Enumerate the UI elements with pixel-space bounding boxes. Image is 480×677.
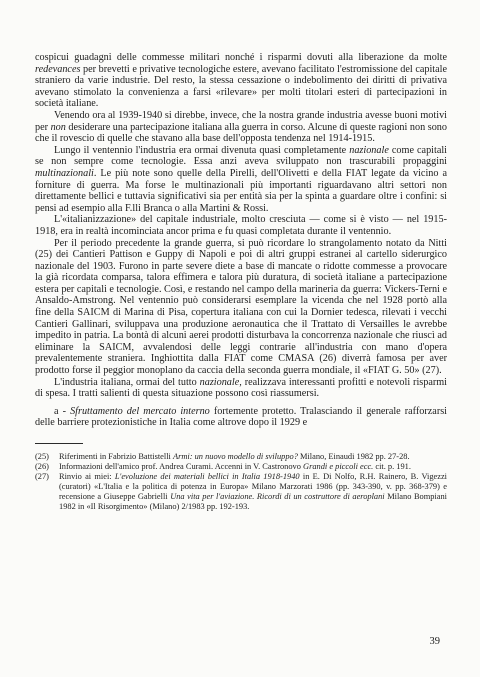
paragraph: L'industria italiana, ormai del tutto na…	[35, 377, 447, 400]
page-number: 39	[430, 636, 441, 647]
paragraph: Lungo il ventennio l'industria era ormai…	[35, 145, 447, 215]
paragraph: L'«italianizzazione» del capitale indust…	[35, 214, 447, 237]
footnote: (25)Riferimenti in Fabrizio Battistelli …	[35, 452, 447, 462]
page-body: cospicui guadagni delle commesse militar…	[35, 52, 447, 429]
footnote-label: (26)	[35, 462, 59, 472]
footnote-text: Riferimenti in Fabrizio Battistelli Armi…	[59, 452, 410, 461]
footnote: (27)Rinvio ai miei: L'evoluzione dei mat…	[35, 472, 447, 512]
footnote-label: (27)	[35, 472, 59, 482]
footnote-text: Rinvio ai miei: L'evoluzione dei materia…	[59, 472, 447, 511]
footnote-label: (25)	[35, 452, 59, 462]
paragraph: Per il periodo precedente la grande guer…	[35, 238, 447, 377]
book-page: cospicui guadagni delle commesse militar…	[0, 0, 480, 677]
footnote: (26)Informazioni dell'amico prof. Andrea…	[35, 462, 447, 472]
paragraph-list-item-a: a - Sfruttamento del mercato interno for…	[35, 406, 447, 429]
footnote-text: Informazioni dell'amico prof. Andrea Cur…	[59, 462, 411, 471]
footnotes-section: (25)Riferimenti in Fabrizio Battistelli …	[35, 452, 447, 512]
footnote-separator	[35, 443, 83, 444]
paragraph: Venendo ora al 1939-1940 si direbbe, inv…	[35, 110, 447, 145]
paragraph: cospicui guadagni delle commesse militar…	[35, 52, 447, 110]
